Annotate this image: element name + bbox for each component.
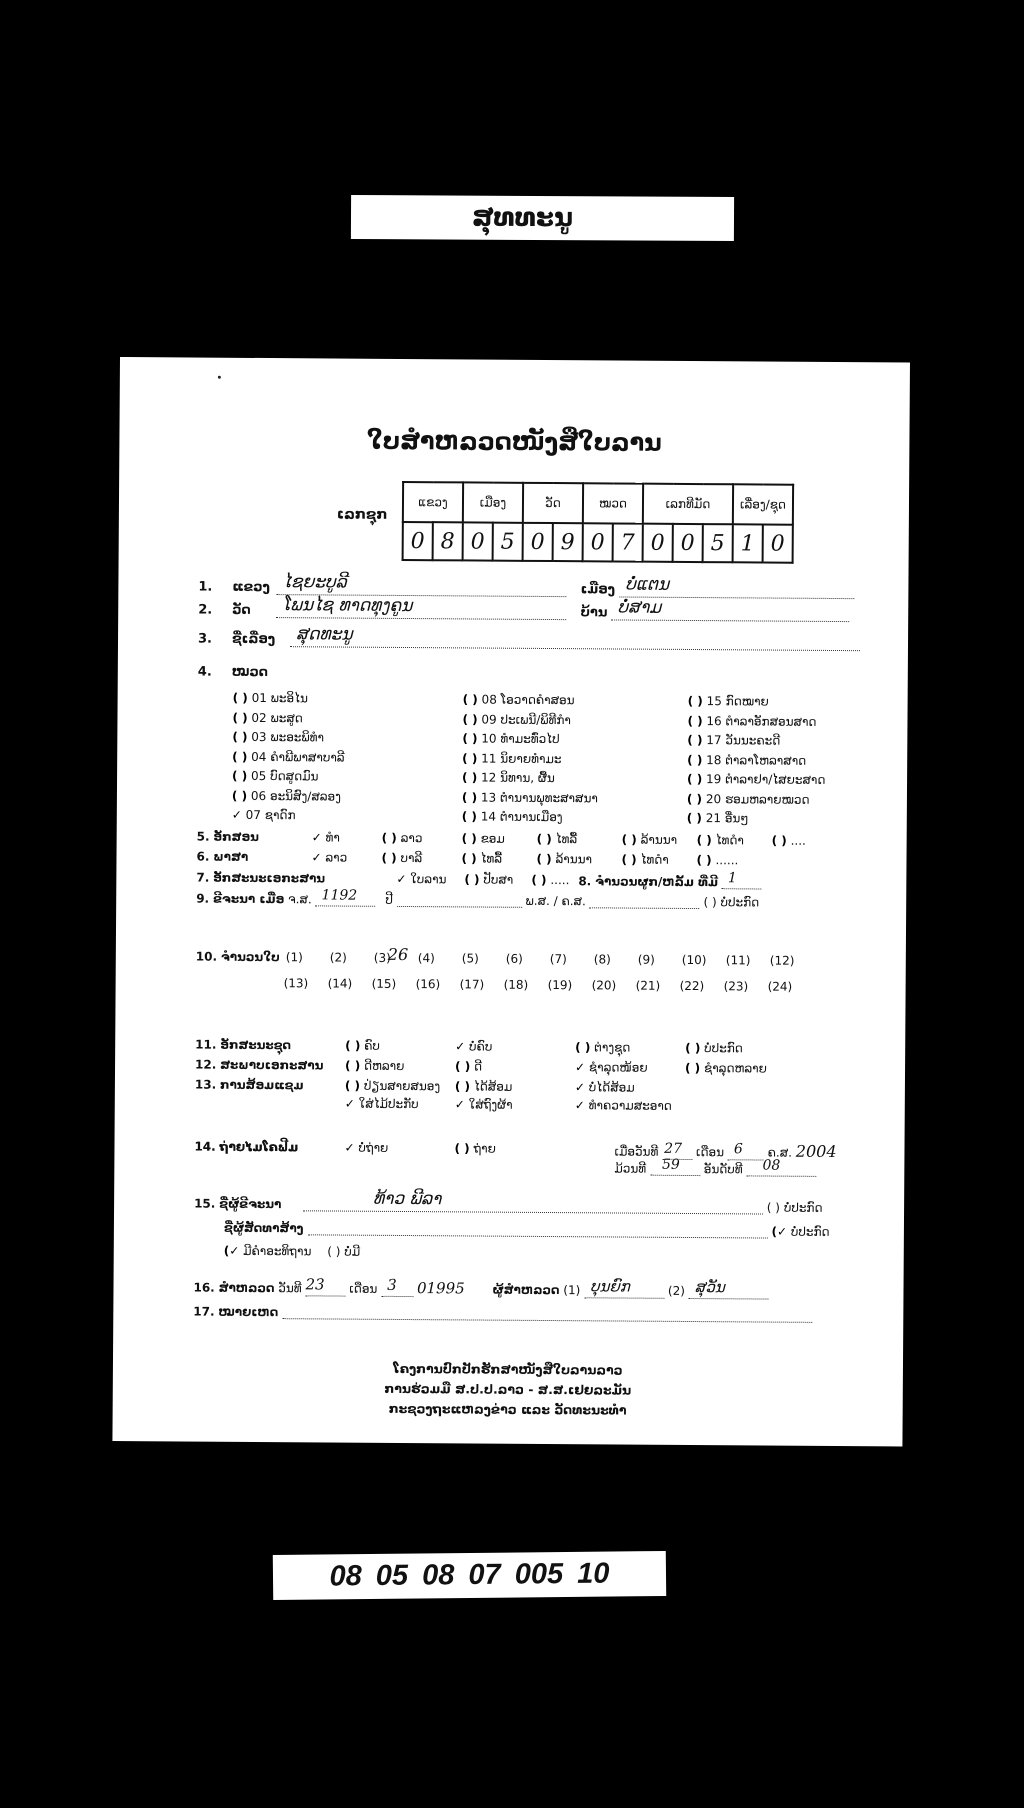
leaf-count-option[interactable]: (2) bbox=[330, 950, 347, 964]
form-title: ໃບສຳຫລວດໜັງສືໃບລານ bbox=[119, 425, 909, 459]
remarks-value[interactable] bbox=[282, 1304, 812, 1323]
category-option-09[interactable]: ( ) 09 ປະເພນີ/ພິທີກຳ bbox=[462, 712, 571, 727]
f7-option[interactable]: ✓ ໃບລານ bbox=[396, 872, 446, 886]
leaf-count-option[interactable]: (13) bbox=[284, 976, 309, 990]
leaf-count-option[interactable]: (19) bbox=[548, 978, 573, 992]
category-option-15[interactable]: ( ) 15 ກົດໝາຍ bbox=[688, 694, 769, 709]
f13-option[interactable]: ( ) ປ່ຽນສາຍສນອງ bbox=[345, 1079, 440, 1094]
field-f7-label: 7. ອັກສະນະເອກະສານ bbox=[196, 871, 325, 886]
f5-option[interactable]: ( ) ລາວ bbox=[382, 831, 423, 845]
category-option-21[interactable]: ( ) 21 ອື່ນໆ bbox=[687, 811, 749, 825]
code-header-cell: ເມືອງ bbox=[463, 482, 523, 522]
category-option-13[interactable]: ( ) 13 ຕຳນານພຸທະສາສນາ bbox=[462, 790, 598, 805]
f5-option[interactable]: ✓ ທຳ bbox=[312, 830, 340, 844]
f6-option[interactable]: ( ) ໄທດຳ bbox=[621, 853, 668, 867]
leaf-count-option[interactable]: (9) bbox=[638, 953, 655, 967]
leaf-count-option[interactable]: (16) bbox=[416, 977, 441, 991]
code-digit-cell[interactable]: 1 bbox=[733, 524, 763, 562]
category-option-04[interactable]: ( ) 04 ຄຳພີພາສາບາລີ bbox=[232, 749, 345, 764]
code-digit-cell[interactable]: 0 bbox=[673, 524, 703, 562]
field-f12-label: 12. ສະພາບເອກະສານ bbox=[195, 1058, 323, 1073]
leaf-count-option[interactable]: (18) bbox=[504, 978, 529, 992]
field-inscription-date: 9. ຂີຈະນາ ເມື່ອ ຈ.ສ. 1192 ປີ ພ.ສ. / ຄ.ສ.… bbox=[196, 891, 759, 910]
leaf-count-option[interactable]: (10) bbox=[682, 953, 707, 967]
f5-option[interactable]: ( ) ລ້ານນາ bbox=[622, 833, 678, 847]
bottom-code: 08 05 08 07 005 10 bbox=[329, 1558, 609, 1594]
code-digit-cell[interactable]: 9 bbox=[553, 523, 583, 561]
category-option-16[interactable]: ( ) 16 ຕຳລາອັກສອນສາດ bbox=[687, 713, 816, 728]
speck bbox=[218, 376, 221, 379]
leaf-count-option[interactable]: (1) bbox=[286, 950, 303, 964]
category-option-20[interactable]: ( ) 20 ຮອມຫລາຍໝວດ bbox=[687, 791, 810, 806]
field-prayer: (✓ ມີຄຳອະທິຖານ ( ) ບໍ່ມີ bbox=[224, 1244, 361, 1259]
code-label: ເລກຊຸກ bbox=[337, 507, 388, 523]
f11-option[interactable]: ( ) ບໍ່ປະກົດ bbox=[685, 1041, 743, 1055]
code-digit-cell[interactable]: 0 bbox=[523, 523, 553, 561]
field-f6-label: 6. ພາສາ bbox=[196, 850, 248, 864]
field-f13-label: 13. ການສ້ອມແຊມ bbox=[195, 1078, 304, 1093]
code-header-cell: ເລກທີມັດ bbox=[643, 484, 733, 525]
f6-option[interactable]: ( ) ໄທລື້ bbox=[461, 851, 502, 865]
category-option-18[interactable]: ( ) 18 ຕຳລາໂຫລາສາດ bbox=[687, 752, 806, 767]
f12-option[interactable]: ( ) ດີຫລາຍ bbox=[345, 1059, 404, 1073]
category-option-03[interactable]: ( ) 03 ພະອະພິທຳ bbox=[232, 730, 324, 745]
code-digit-cell[interactable]: 0 bbox=[763, 524, 793, 562]
code-digit-cell[interactable]: 0 bbox=[463, 522, 493, 560]
footer-organization: ໂຄງການປົກປັກຮັກສາໜັງສືໃບລານລາວ ການຮ່ວມມື… bbox=[113, 1357, 903, 1423]
f5-option[interactable]: ( ) ໄທລື້ bbox=[537, 832, 578, 846]
f6-option[interactable]: ( ) ບາລີ bbox=[381, 851, 422, 865]
field-scribe: 15. ຊື່ຜູ້ຂີຈະນາ ທ້າວ ພີລາ ( ) ບໍ່ປະກົດ bbox=[194, 1196, 823, 1215]
f13-option[interactable]: ✓ ໃສ່ໄມ້ປະກັບ bbox=[345, 1097, 419, 1112]
leaf-count-option[interactable]: (21) bbox=[636, 979, 661, 993]
leaf-count-option[interactable]: (5) bbox=[462, 951, 479, 965]
temple-value[interactable]: ໂພນໄຊ ທາດທຸງຄູນ bbox=[282, 595, 412, 616]
field-f11-label: 11. ອັກສະນະຊຸດ bbox=[195, 1038, 291, 1053]
code-digit-cell[interactable]: 7 bbox=[613, 523, 643, 561]
bottom-code-label: 08 05 08 07 005 10 bbox=[273, 1551, 666, 1600]
category-option-08[interactable]: ( ) 08 ໂອວາດຄຳສອນ bbox=[463, 692, 575, 707]
f11-option[interactable]: ( ) ຕ່າງຊຸດ bbox=[575, 1040, 630, 1054]
code-header-cell: ເລື່ອງ/ຊຸດ bbox=[733, 484, 793, 524]
village-value[interactable]: ບໍ່ສາມ bbox=[618, 597, 662, 617]
province-value[interactable]: ໄຊຍະບູລີ bbox=[283, 572, 347, 592]
code-digit-cell[interactable]: 0 bbox=[403, 522, 433, 560]
category-option-07[interactable]: ✓ 07 ຊາດົກ bbox=[232, 808, 296, 822]
leaf-count-option[interactable]: (6) bbox=[506, 952, 523, 966]
f11-option[interactable]: ( ) ຄົບ bbox=[345, 1039, 380, 1053]
field-bundle-count: 8. ຈຳນວນຜູກ/ຫລັ້ມ ທີ່ມີ 1 bbox=[578, 873, 762, 889]
code-header-cell: ວັດ bbox=[523, 483, 583, 523]
field-sponsor: ຊື່ຜູ້ສັດທາສ້າງ (✓ ບໍ່ປະກົດ bbox=[224, 1220, 830, 1239]
f7-option[interactable]: ( ) ..... bbox=[531, 873, 569, 887]
survey-form-page: ໃບສຳຫລວດໜັງສືໃບລານ ເລກຊຸກ ແຂວງເມືອງວັດໝວ… bbox=[112, 357, 910, 1446]
code-digit-cell[interactable]: 0 bbox=[583, 523, 613, 561]
field-microfilm: 14. ຖ່າຍໄມໂຄຟີມ bbox=[194, 1140, 298, 1155]
leaf-count-option[interactable]: (11) bbox=[726, 953, 751, 967]
microfilm-date: ເມື່ອວັນທີ 27 ເດືອນ 6 ຄ.ສ. 2004 bbox=[614, 1140, 836, 1161]
field-category: 4.ໝວດ bbox=[198, 665, 268, 680]
leaf-count-option[interactable]: (20) bbox=[592, 978, 617, 992]
leaf-count-option[interactable]: (17) bbox=[460, 977, 485, 991]
leaf-count-option[interactable]: (22) bbox=[680, 979, 705, 993]
f12-option[interactable]: ✓ ຊຳລຸດໜ້ອຍ bbox=[575, 1060, 648, 1075]
title-text: ສຸທທະນູ bbox=[472, 203, 573, 234]
field-survey: 16. ສຳຫລວດ ວັນທີ 23 ເດືອນ 3 01995 ຜູ້ສຳຫ… bbox=[193, 1278, 768, 1300]
category-option-02[interactable]: ( ) 02 ພະສູດ bbox=[232, 710, 302, 724]
title-value[interactable]: ສຸດທະນູ bbox=[296, 624, 353, 644]
f11-option[interactable]: ✓ ບໍ່ຄົບ bbox=[455, 1039, 492, 1053]
leaf-count-option[interactable]: (23) bbox=[724, 979, 749, 993]
leaf-count-grid: (1)(2)(3)(4)(5)(6)(7)(8)(9)(10)(11)(12)(… bbox=[120, 357, 910, 363]
code-digit-cell[interactable]: 5 bbox=[703, 524, 733, 562]
option-rows: 5. ອັກສອນ✓ ທຳ( ) ລາວ( ) ຂອມ( ) ໄທລື້( ) … bbox=[120, 357, 910, 363]
category-option-19[interactable]: ( ) 19 ຕຳລາຢາ/ໄສຍະສາດ bbox=[687, 772, 825, 787]
category-option-14[interactable]: ( ) 14 ຕຳນານເມືອງ bbox=[462, 809, 563, 824]
leaf-count-option[interactable]: (15) bbox=[372, 977, 397, 991]
f12-option[interactable]: ( ) ຊຳລຸດຫລາຍ bbox=[685, 1061, 767, 1076]
microfilm-roll: ມ້ວນທີ 59 ອັນດັບທີ 08 bbox=[614, 1160, 816, 1176]
field-remarks: 17. ໝາຍເຫດ bbox=[193, 1304, 812, 1323]
category-option-05[interactable]: ( ) 05 ບົດສູດມົນ bbox=[232, 769, 318, 784]
field-f5-label: 5. ອັກສອນ bbox=[197, 830, 259, 844]
district-value[interactable]: ບໍ່ແຕນ bbox=[625, 575, 669, 595]
f5-option[interactable]: ( ) .... bbox=[772, 834, 806, 848]
code-header-cell: ໝວດ bbox=[583, 483, 643, 523]
category-option-17[interactable]: ( ) 17 ວັນນະຄະດີ bbox=[687, 733, 780, 748]
scribe-value[interactable]: ທ້າວ ພີລາ bbox=[373, 1189, 441, 1209]
category-option-01[interactable]: ( ) 01 ພະອິໄນ bbox=[233, 691, 308, 706]
code-digit-cell[interactable]: 8 bbox=[433, 522, 463, 560]
code-header-cell: ແຂວງ bbox=[403, 482, 463, 522]
f6-option[interactable]: ( ) ...... bbox=[696, 853, 738, 867]
f13-option[interactable]: ✓ ໃສ່ຖົງຜ້າ bbox=[455, 1097, 513, 1111]
category-option-11[interactable]: ( ) 11 ນິຍາຍທຳມະ bbox=[462, 751, 561, 766]
document-title-label: ສຸທທະນູ bbox=[351, 195, 734, 241]
f7-option[interactable]: ( ) ປັບສາ bbox=[464, 872, 513, 886]
category-option-06[interactable]: ( ) 06 ອະນິສົງ/ສລອງ bbox=[232, 788, 341, 803]
leaf-count-option[interactable]: (7) bbox=[550, 952, 567, 966]
f13-option[interactable]: ✓ ທຳຄວາມສະອາດ bbox=[575, 1098, 672, 1113]
field-leaf-count: 10. ຈຳນວນໃບ bbox=[196, 950, 280, 965]
leaf-count-option[interactable]: (4) bbox=[418, 951, 435, 965]
leaf-count-handwritten[interactable]: 26 bbox=[388, 945, 408, 964]
leaf-count-option[interactable]: (24) bbox=[768, 980, 793, 994]
code-digit-cell[interactable]: 0 bbox=[643, 524, 673, 562]
category-option-12[interactable]: ( ) 12 ນິທານ, ຜື້ນ bbox=[462, 770, 555, 785]
category-options: ( ) 01 ພະອິໄນ( ) 02 ພະສູດ( ) 03 ພະອະພິທຳ… bbox=[120, 357, 910, 363]
leaf-count-option[interactable]: (8) bbox=[594, 952, 611, 966]
f14-option[interactable]: ( ) ຖ່າຍ bbox=[454, 1141, 496, 1155]
f5-option[interactable]: ( ) ຂອມ bbox=[462, 831, 505, 845]
f13-option[interactable]: ( ) ໄດ້ສ້ອມ bbox=[455, 1079, 512, 1093]
f14-option[interactable]: ✓ ບໍ່ຖ່າຍ bbox=[344, 1141, 388, 1155]
field-title: 3.ຊື່ເລື່ອງ ສຸດທະນູ bbox=[198, 632, 860, 652]
f6-option[interactable]: ✓ ລາວ bbox=[311, 850, 347, 864]
f13-option[interactable]: ✓ ບໍ່ໄດ້ສ້ອມ bbox=[575, 1080, 635, 1094]
leaf-count-option[interactable]: (12) bbox=[770, 954, 795, 968]
category-option-10[interactable]: ( ) 10 ທຳມະທົ່ວໄປ bbox=[462, 731, 559, 746]
code-table: ແຂວງເມືອງວັດໝວດເລກທີມັດເລື່ອງ/ຊຸດ 080509… bbox=[402, 481, 795, 564]
field-temple: 2.ວັດ ໂພນໄຊ ທາດທຸງຄູນ ບ້ານ ບໍ່ສາມ bbox=[198, 603, 849, 623]
code-digit-cell[interactable]: 5 bbox=[493, 523, 523, 561]
f6-option[interactable]: ( ) ລ້ານນາ bbox=[536, 852, 592, 866]
f12-option[interactable]: ( ) ດີ bbox=[455, 1059, 482, 1073]
leaf-count-option[interactable]: (14) bbox=[328, 976, 353, 990]
f5-option[interactable]: ( ) ໄທດຳ bbox=[697, 833, 744, 847]
